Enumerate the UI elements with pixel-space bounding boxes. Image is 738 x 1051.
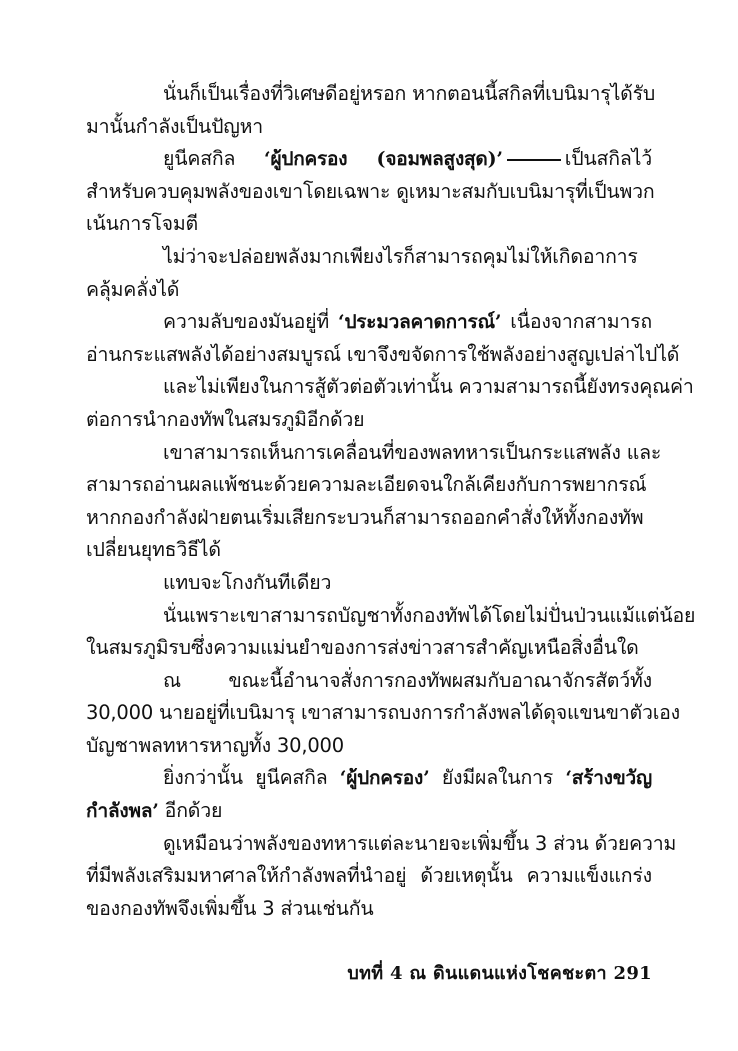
book-page-body: นั่นก็เป็นเรื่องที่วิเศษดีอยู่หรอก หากตอ… [86, 78, 652, 925]
em-dash-rule [507, 159, 561, 161]
paragraph-2-suffix: เป็นสกิลไว้ [565, 147, 652, 170]
paragraph-3-line-2: คลุ้มคลั่งได้ [86, 274, 652, 307]
paragraph-8-line-2: ในสมรภูมิรบซึ่งความแม่นยำของการส่งข่าวสา… [86, 632, 652, 665]
paragraph-11-line-3: ของกองทัพจึงเพิ่มขึ้น 3 ส่วนเช่นกัน [86, 893, 652, 926]
paragraph-1-line-1: นั่นก็เป็นเรื่องที่วิเศษดีอยู่หรอก หากตอ… [86, 78, 652, 111]
paragraph-10-line-2: กำลังพล’ อีกด้วย [86, 795, 652, 828]
paragraph-2-line-3: เน้นการโจมตี [86, 208, 652, 241]
paragraph-11-line-1: ดูเหมือนว่าพลังของทหารแต่ละนายจะเพิ่มขึ้… [86, 828, 652, 861]
paragraph-4-suffix: เนื่องจากสามารถ [501, 310, 652, 333]
paragraph-10-prefix: ยิ่งกว่านั้น ยูนีคสกิล [163, 766, 340, 789]
paragraph-9-line-1: ณ ขณะนี้อำนาจสั่งการกองทัพผสมกับอาณาจักร… [86, 665, 652, 698]
paragraph-10-suffix: อีกด้วย [159, 799, 223, 822]
paragraph-7-line-1: แทบจะโกงกันทีเดียว [86, 567, 652, 600]
paragraph-6-line-3: หากกองกำลังฝ่ายตนเริ่มเสียกระบวนก็สามารถ… [86, 502, 652, 535]
skill-name-ruler-supreme-commander: ‘ผู้ปกครอง (จอมพลสูงสุด)’ [264, 148, 503, 170]
page-number: 291 [614, 963, 652, 984]
skill-name-ruler: ‘ผู้ปกครอง’ [340, 767, 430, 789]
paragraph-6-line-1: เขาสามารถเห็นการเคลื่อนที่ของพลทหารเป็นก… [86, 437, 652, 470]
skill-name-prediction: ‘ประมวลคาดการณ์’ [338, 311, 501, 333]
paragraph-2-line-1: ยูนีคสกิล ‘ผู้ปกครอง (จอมพลสูงสุด)’เป็นส… [86, 143, 652, 176]
paragraph-11-line-2: ที่มีพลังเสริมมหาศาลให้กำลังพลที่นำอยู่ … [86, 860, 652, 893]
paragraph-6-line-4: เปลี่ยนยุทธวิธีได้ [86, 534, 652, 567]
chapter-title: บทที่ 4 ณ ดินแดนแห่งโชคชะตา [347, 963, 607, 984]
paragraph-10-mid: ยังมีผลในการ [430, 766, 566, 789]
paragraph-4-line-2: อ่านกระแสพลังได้อย่างสมบูรณ์ เขาจึงขจัดก… [86, 339, 652, 372]
paragraph-4-line-1: ความลับของมันอยู่ที่ ‘ประมวลคาดการณ์’ เน… [86, 306, 652, 339]
paragraph-9-line-2: 30,000 นายอยู่ที่เบนิมารุ เขาสามารถบงการ… [86, 697, 652, 730]
paragraph-8-line-1: นั่นเพราะเขาสามารถบัญชาทั้งกองทัพได้โดยไ… [86, 600, 652, 633]
paragraph-5-line-2: ต่อการนำกองทัพในสมรภูมิอีกด้วย [86, 404, 652, 437]
paragraph-5-line-1: และไม่เพียงในการสู้ตัวต่อตัวเท่านั้น ควา… [86, 371, 652, 404]
paragraph-10-line-1: ยิ่งกว่านั้น ยูนีคสกิล ‘ผู้ปกครอง’ ยังมี… [86, 762, 652, 795]
paragraph-1-line-2: มานั้นกำลังเป็นปัญหา [86, 111, 652, 144]
page-footer: บทที่ 4 ณ ดินแดนแห่งโชคชะตา 291 [340, 958, 652, 987]
paragraph-4-prefix: ความลับของมันอยู่ที่ [163, 310, 338, 333]
paragraph-6-line-2: สามารถอ่านผลแพ้ชนะด้วยความละเอียดจนใกล้เ… [86, 469, 652, 502]
effect-name-morale-part1: ‘สร้างขวัญ [565, 767, 652, 789]
effect-name-morale-part2: กำลังพล’ [86, 800, 159, 822]
paragraph-2-prefix: ยูนีคสกิล [163, 147, 264, 170]
paragraph-3-line-1: ไม่ว่าจะปล่อยพลังมากเพียงไรก็สามารถคุมไม… [86, 241, 652, 274]
paragraph-2-line-2: สำหรับควบคุมพลังของเขาโดยเฉพาะ ดูเหมาะสม… [86, 176, 652, 209]
paragraph-9-line-3: บัญชาพลทหารหาญทั้ง 30,000 [86, 730, 652, 763]
